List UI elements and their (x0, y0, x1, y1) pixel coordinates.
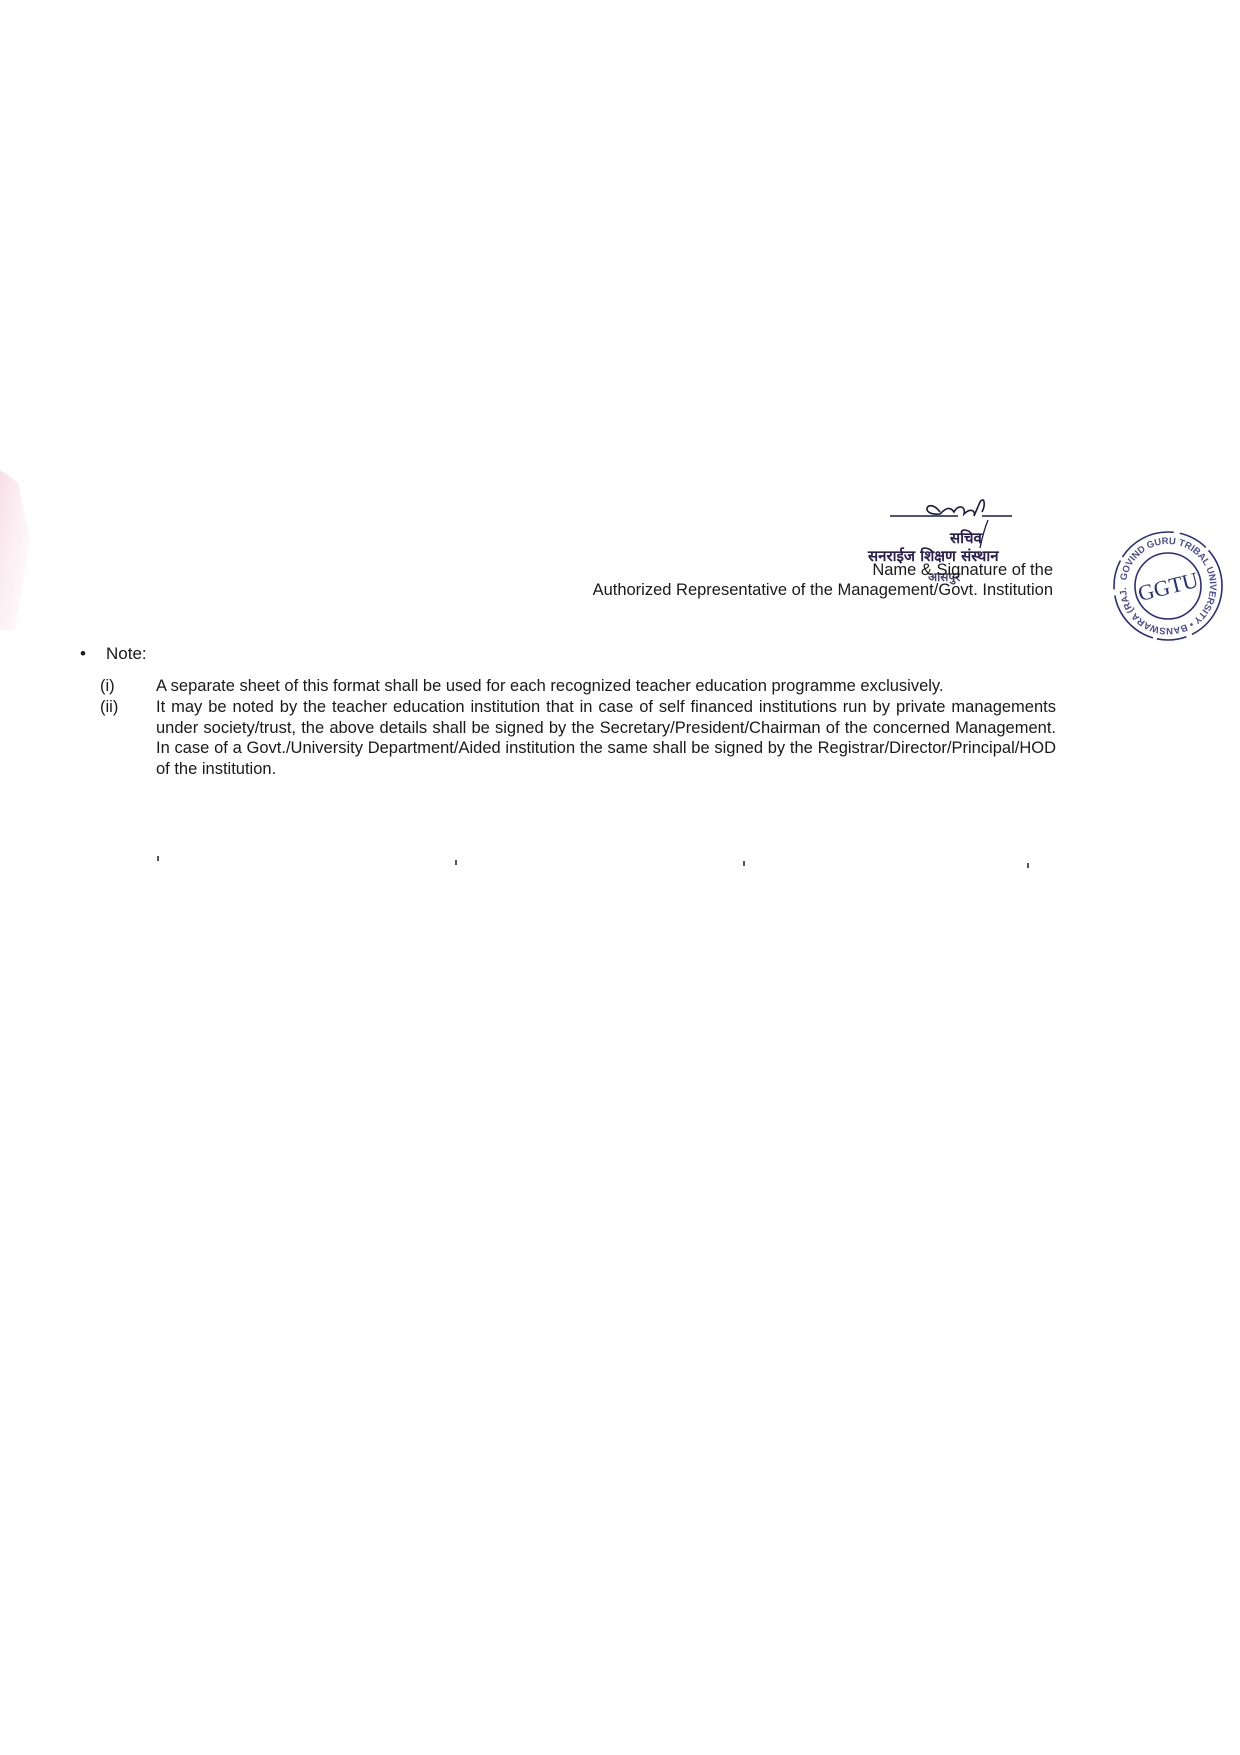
signature-caption-line2: Authorized Representative of the Managem… (593, 581, 1053, 600)
signature-caption-line1: Name & Signature of the (872, 561, 1053, 580)
note-item-number: (ii) (100, 697, 118, 718)
scan-speck (743, 861, 745, 866)
note-item-text: A separate sheet of this format shall be… (156, 676, 1056, 697)
scan-edge-tint (0, 470, 30, 630)
seal-center-text: GGTU (1135, 567, 1200, 606)
university-seal-stamp: GOVIND GURU TRIBAL UNIVERSITY • BANSWARA… (1110, 528, 1226, 644)
note-heading-label: Note: (106, 644, 147, 664)
scan-speck (157, 856, 159, 861)
note-item-text: It may be noted by the teacher education… (156, 697, 1056, 779)
scan-speck (1027, 863, 1029, 868)
bullet-icon: • (80, 644, 86, 664)
note-item-number: (i) (100, 676, 115, 697)
signatory-designation-hindi: सचिव (950, 528, 982, 548)
scan-speck (455, 860, 457, 865)
